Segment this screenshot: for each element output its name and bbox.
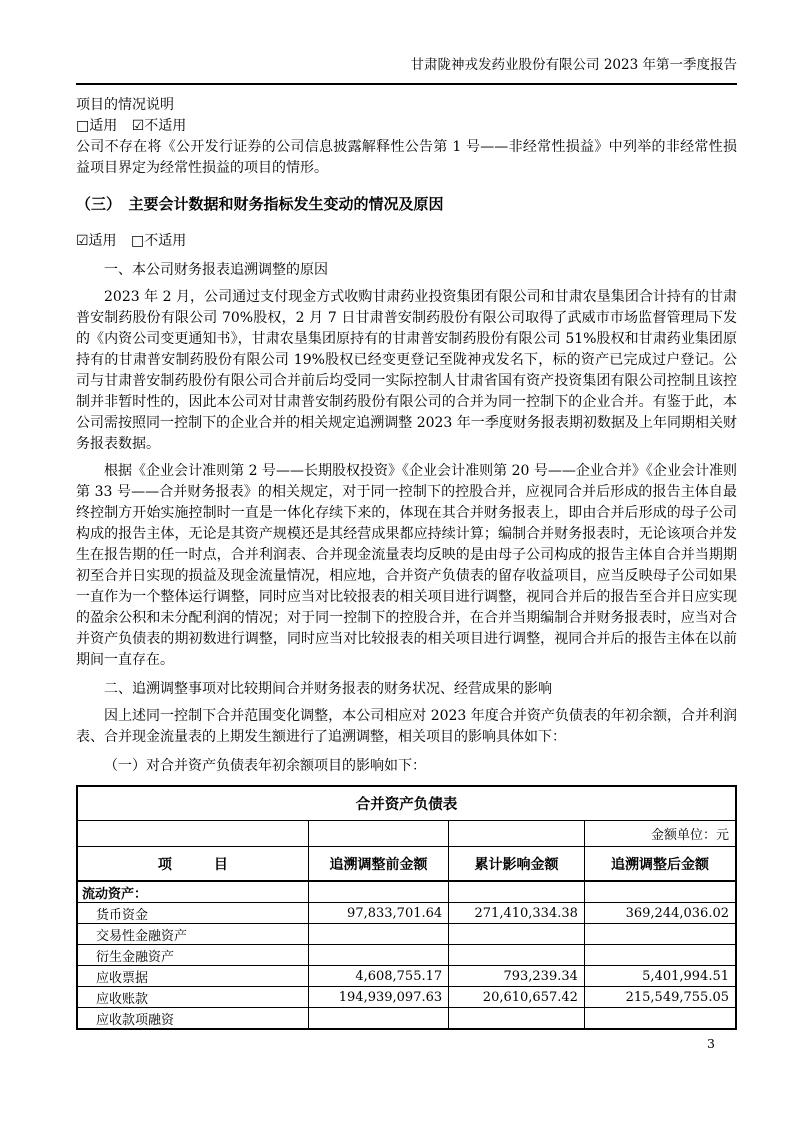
row-post-amount <box>584 945 736 966</box>
table-row-derivative-financial-assets: 衍生金融资产 <box>77 945 736 966</box>
note-label: 项目的情况说明 <box>76 95 737 116</box>
column-header-cumulative-impact: 累计影响金额 <box>449 847 585 882</box>
row-post-amount <box>584 924 736 945</box>
empty-cell <box>449 821 585 847</box>
applicability-row-1: □适用 ☑不适用 <box>76 116 737 137</box>
sub-heading-1: 一、本公司财务报表追溯调整的原因 <box>76 260 737 281</box>
unit-note: 金额单位：元 <box>584 821 736 847</box>
row-post-amount <box>584 1008 736 1030</box>
unit-note-row: 金额单位：元 <box>77 821 736 847</box>
row-item-label: 交易性金融资产 <box>77 924 308 945</box>
table-row-receivables-financing: 应收款项融资 <box>77 1008 736 1030</box>
row-pre-amount <box>308 881 448 903</box>
section-heading: （三） 主要会计数据和财务指标发生变动的情况及原因 <box>76 193 737 215</box>
row-pre-amount <box>308 945 448 966</box>
checkbox-applicable-unchecked: □适用 <box>76 118 117 134</box>
row-item-label: 货币资金 <box>77 903 308 924</box>
table-row-notes-receivable: 应收票据 4,608,755.17 793,239.34 5,401,994.5… <box>77 966 736 987</box>
applicability-row-2: ☑适用 □不适用 <box>76 231 737 252</box>
row-pre-amount: 97,833,701.64 <box>308 903 448 924</box>
paragraph-1: 2023 年 2 月，公司通过支付现金方式收购甘肃药业投资集团有限公司和甘肃农垦… <box>76 287 737 455</box>
row-impact-amount <box>449 924 585 945</box>
row-item-label: 流动资产： <box>77 881 308 903</box>
row-impact-amount <box>449 1008 585 1030</box>
row-post-amount <box>584 881 736 903</box>
empty-cell <box>77 821 308 847</box>
paragraph-3: 因上述同一控制下合并范围变化调整，本公司相应对 2023 年度合并资产负债表的年… <box>76 706 737 748</box>
column-header-row: 项 目 追溯调整前金额 累计影响金额 追溯调整后金额 <box>77 847 736 882</box>
row-impact-amount <box>449 881 585 903</box>
row-pre-amount: 4,608,755.17 <box>308 966 448 987</box>
row-post-amount: 5,401,994.51 <box>584 966 736 987</box>
paragraph-2: 根据《企业会计准则第 2 号——长期股权投资》《企业会计准则第 20 号——企业… <box>76 461 737 671</box>
row-impact-amount: 271,410,334.38 <box>449 903 585 924</box>
column-header-item: 项 目 <box>77 847 308 882</box>
doc-header: 甘肃陇神戎发药业股份有限公司 2023 年第一季度报告 <box>76 57 737 85</box>
row-post-amount: 369,244,036.02 <box>584 903 736 924</box>
empty-cell <box>308 821 448 847</box>
row-item-label: 应收款项融资 <box>77 1008 308 1030</box>
sub-item-heading: （一）对合并资产负债表年初余额项目的影响如下： <box>76 756 737 777</box>
row-item-label: 衍生金融资产 <box>77 945 308 966</box>
doc-header-title: 甘肃陇神戎发药业股份有限公司 2023 年第一季度报告 <box>411 57 737 73</box>
page-number: 3 <box>707 1036 715 1051</box>
sub-heading-2: 二、追溯调整事项对比较期间合并财务报表的财务状况、经营成果的影响 <box>76 679 737 700</box>
table-row-monetary-funds: 货币资金 97,833,701.64 271,410,334.38 369,24… <box>77 903 736 924</box>
row-impact-amount: 20,610,657.42 <box>449 987 585 1008</box>
checkbox-not-applicable-unchecked: □不适用 <box>131 233 186 249</box>
checkbox-not-applicable-checked: ☑不适用 <box>132 118 187 134</box>
row-pre-amount <box>308 924 448 945</box>
table-title: 合并资产负债表 <box>77 786 736 821</box>
table-row-current-assets: 流动资产： <box>77 881 736 903</box>
balance-sheet-table: 合并资产负债表 金额单位：元 项 目 追溯调整前金额 累计影响金额 追溯调整后金… <box>76 785 737 1030</box>
row-item-label: 应收账款 <box>77 987 308 1008</box>
report-page: 甘肃陇神戎发药业股份有限公司 2023 年第一季度报告 项目的情况说明 □适用 … <box>0 0 793 1122</box>
row-post-amount: 215,549,755.05 <box>584 987 736 1008</box>
row-pre-amount <box>308 1008 448 1030</box>
column-header-post-adjustment: 追溯调整后金额 <box>584 847 736 882</box>
table-row-accounts-receivable: 应收账款 194,939,097.63 20,610,657.42 215,54… <box>77 987 736 1008</box>
row-impact-amount <box>449 945 585 966</box>
table-row-trading-financial-assets: 交易性金融资产 <box>77 924 736 945</box>
row-pre-amount: 194,939,097.63 <box>308 987 448 1008</box>
checkbox-applicable-checked: ☑适用 <box>76 233 117 249</box>
table-title-row: 合并资产负债表 <box>77 786 736 821</box>
column-header-pre-adjustment: 追溯调整前金额 <box>308 847 448 882</box>
row-item-label: 应收票据 <box>77 966 308 987</box>
row-impact-amount: 793,239.34 <box>449 966 585 987</box>
statement-paragraph: 公司不存在将《公开发行证券的公司信息披露解释性公告第 1 号——非经常性损益》中… <box>76 137 737 179</box>
